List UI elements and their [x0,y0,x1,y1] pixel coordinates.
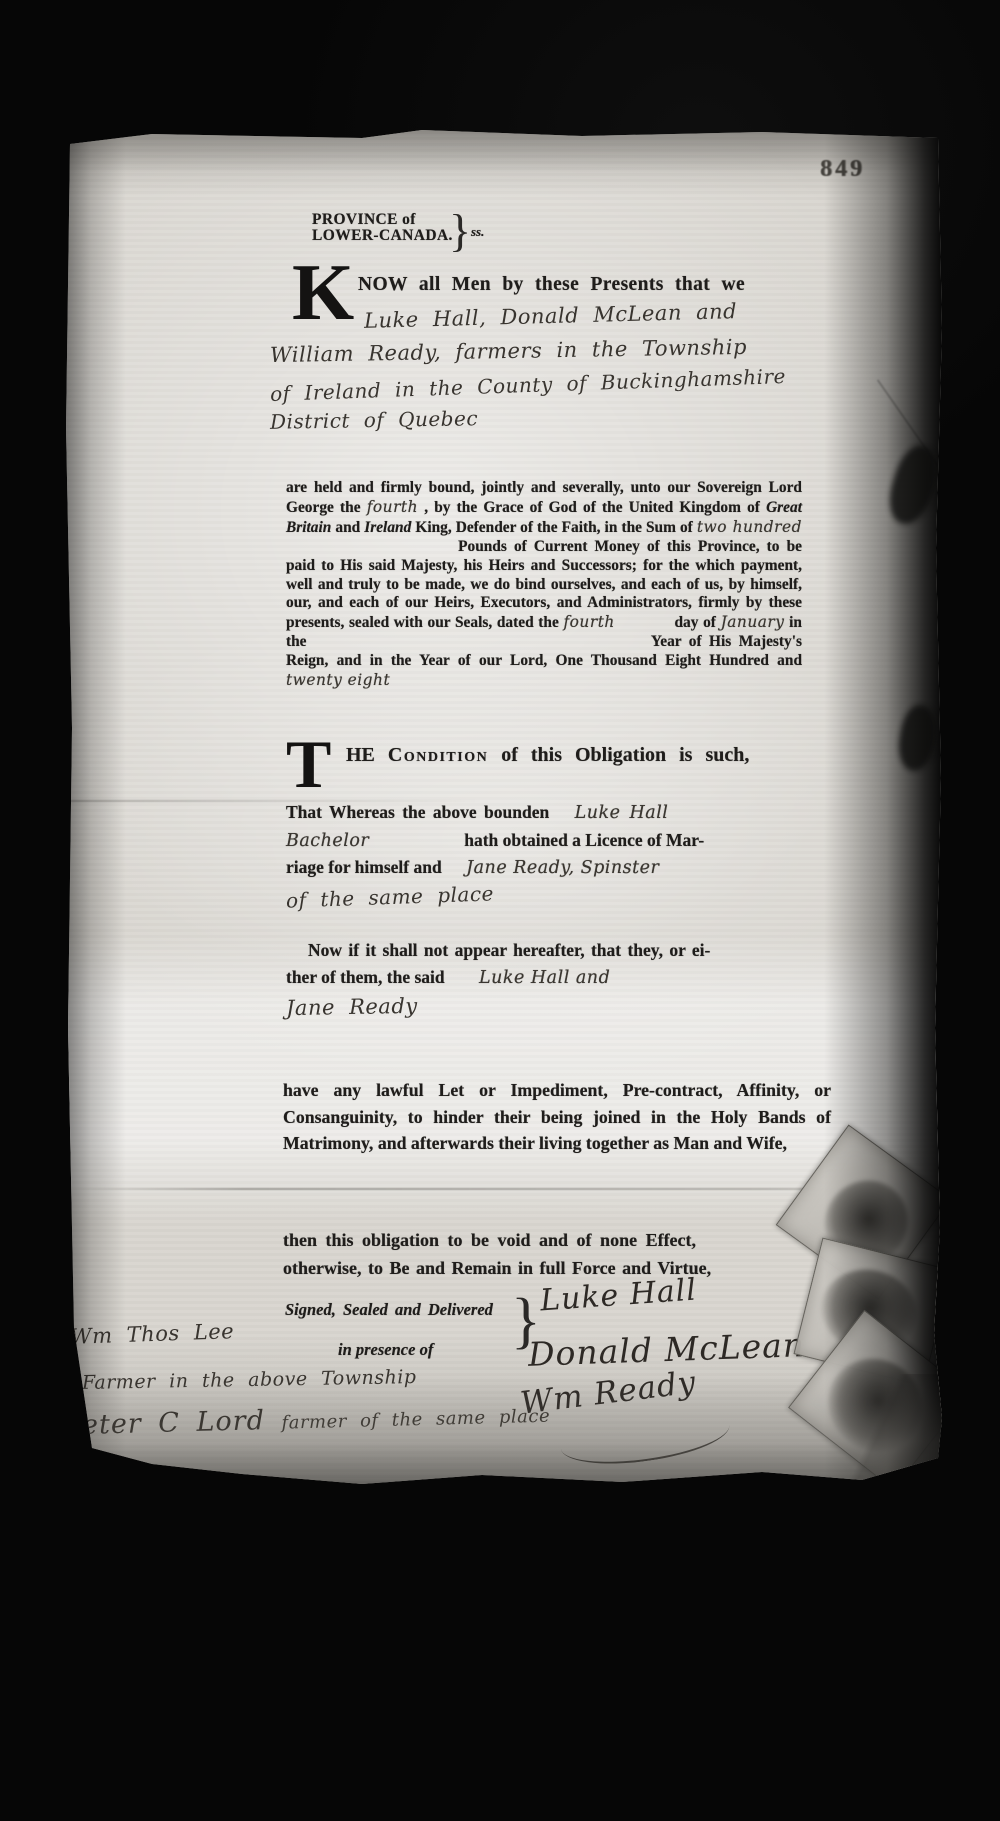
province-brace: } [449,204,471,257]
principals-hand-line-1: Luke Hall, Donald McLean and [364,299,738,333]
principals-hand-line-3: of Ireland in the County of Buckinghamsh… [270,364,787,406]
signed-sealed-label: Signed, Sealed and Delivered [285,1300,493,1320]
in-presence-label: in presence of [338,1340,433,1360]
paper-top-shadow [62,128,944,173]
signature-donald-mclean: Donald McLean [527,1325,805,1374]
void-clause-line-1: then this obligation to be void and of n… [283,1230,696,1251]
scanned-document-page: 849 PROVINCE of LOWER-CANADA. } ss. K NO… [0,0,1000,1821]
principals-hand-line-2: William Ready, farmers in the Township [270,335,747,367]
know-opening-line: NOW all Men by these Presents that we [358,274,745,296]
proviso-line-1: Now if it shall not appear hereafter, th… [308,940,710,961]
binding-shadow-left [62,128,126,1496]
impediment-paragraph: have any lawful Let or Impediment, Pre-c… [283,1077,831,1157]
signature-luke-hall: Luke Hall [539,1273,698,1319]
condition-line-3: riage for himself and Jane Ready, Spinst… [286,857,659,878]
condition-heading: HE Condition of this Obligation is such, [346,744,749,767]
condition-line-2: Bachelorhath obtained a Licence of Mar- [286,830,704,851]
condition-line-1: That Whereas the above bounden Luke Hall [286,802,668,823]
principals-hand-line-4: District of Quebec [270,406,478,434]
province-ss-label: ss. [471,224,484,240]
province-line1: PROVINCE of [312,212,453,228]
province-line2: LOWER-CANADA. [312,228,453,244]
proviso-line-2: ther of them, the said Luke Hall and [286,967,610,988]
proviso-line-3-hand: Jane Ready [286,994,418,1020]
dropcap-t: T [286,738,331,791]
paper-bottom-fade [62,1376,944,1496]
province-header: PROVINCE of LOWER-CANADA. [312,212,453,243]
paper-right-edge-shadow [824,128,944,1496]
paper-sheet: 849 PROVINCE of LOWER-CANADA. } ss. K NO… [62,128,944,1496]
condition-line-4-hand: of the same place [286,881,495,912]
dropcap-k: K [292,262,354,324]
bond-paragraph: are held and firmly bound, jointly and s… [286,479,802,691]
